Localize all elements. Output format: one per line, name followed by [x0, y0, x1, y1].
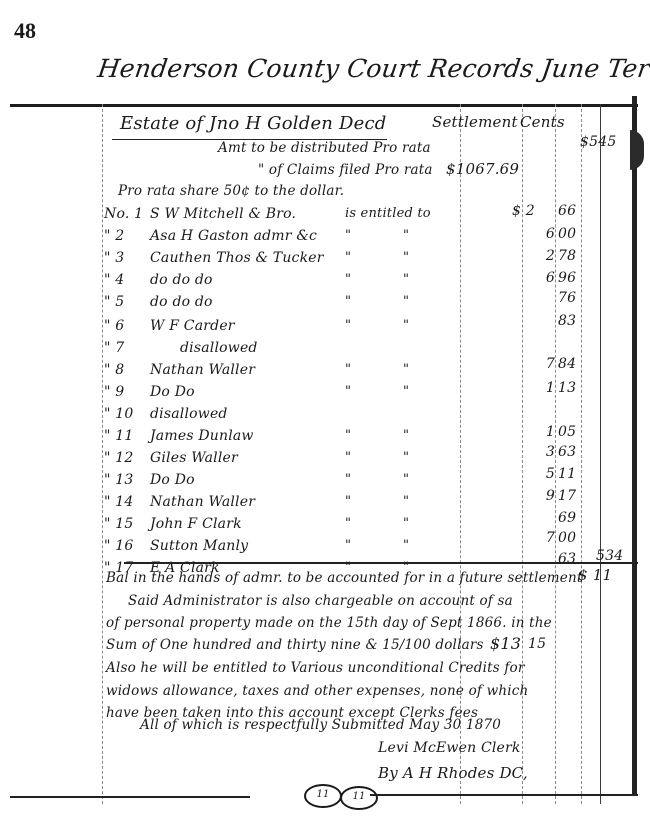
ditto-mark: " — [403, 384, 409, 399]
ditto-mark: " — [345, 428, 351, 443]
total-rule — [124, 562, 638, 564]
claimant-name: do do do — [150, 294, 213, 310]
claimant-name: Asa H Gaston admr &c — [150, 228, 317, 244]
amount-dollars: 5 — [535, 466, 555, 482]
amount-cents: 13 — [558, 380, 576, 396]
narrative-line-5: Also he will be entitled to Various unco… — [106, 660, 525, 676]
claim-number: " 7 — [104, 340, 124, 356]
right-margin-rule — [632, 96, 637, 796]
claimant-name: Do Do — [150, 472, 195, 488]
ditto-mark: " — [345, 250, 351, 265]
claimant-name: Cauthen Thos & Tucker — [150, 250, 324, 266]
claimant-name: Do Do — [150, 384, 195, 400]
claim-number: " 11 — [104, 428, 134, 444]
claim-number: " 10 — [104, 406, 134, 422]
ditto-mark: " — [403, 450, 409, 465]
claims-filed-total: $1067.69 — [446, 160, 519, 178]
amount-cents: 76 — [558, 290, 576, 306]
amount-cents: 00 — [558, 530, 576, 546]
claim-number: " 4 — [104, 272, 124, 288]
amount-cents: 63 — [558, 444, 576, 460]
amount-to-distribute: $545 — [580, 134, 616, 150]
claimant-name: do do do — [150, 272, 213, 288]
ditto-mark: " — [345, 362, 351, 377]
claimant-name: W F Carder — [150, 318, 235, 334]
claim-number: " 5 — [104, 294, 124, 310]
column-rule-settlement — [460, 104, 461, 804]
ditto-mark: " — [345, 472, 351, 487]
claim-number: No. 1 — [104, 206, 143, 222]
left-margin-rule — [102, 104, 103, 804]
claimant-name: James Dunlaw — [150, 428, 254, 444]
amount-dollars: $ 2 — [512, 203, 535, 219]
narrative-line-1: Bal in the hands of admr. to be accounte… — [106, 570, 582, 586]
ditto-mark: " — [345, 384, 351, 399]
entitled-label: is entitled to — [345, 206, 431, 221]
submission-line: All of which is respectfully Submitted M… — [140, 717, 501, 733]
amount-dollars: 2 — [535, 248, 555, 264]
amount-cents: 11 — [558, 466, 576, 482]
claimant-name: disallowed — [150, 406, 228, 422]
clerk-signature: Levi McEwen Clerk — [378, 740, 521, 756]
ditto-mark: " — [403, 516, 409, 531]
claim-number: " 16 — [104, 538, 134, 554]
amount-cents: 96 — [558, 270, 576, 286]
claim-number: " 8 — [104, 362, 124, 378]
top-rule — [10, 104, 638, 107]
ditto-mark: " — [345, 450, 351, 465]
claimant-name: disallowed — [180, 340, 258, 356]
ditto-mark: " — [345, 272, 351, 287]
ditto-mark: " — [345, 228, 351, 243]
ditto-mark: " — [345, 318, 351, 333]
ditto-mark: " — [403, 494, 409, 509]
ditto-mark: " — [403, 228, 409, 243]
sale-amount-cents: 15 — [528, 636, 546, 652]
amount-dollars: 7 — [535, 530, 555, 546]
end-flourish-left: 11 — [304, 784, 342, 808]
amount-dollars: 1 — [535, 380, 555, 396]
page-number: 48 — [14, 18, 36, 44]
claimant-name: S W Mitchell & Bro. — [150, 206, 296, 222]
claim-number: " 14 — [104, 494, 134, 510]
claim-number: " 3 — [104, 250, 124, 266]
amount-cents: 63 — [558, 551, 576, 567]
amount-dollars: 3 — [535, 444, 555, 460]
ditto-mark: " — [403, 318, 409, 333]
amount-cents: 05 — [558, 424, 576, 440]
ditto-mark: " — [345, 516, 351, 531]
intro-line-2: " of Claims filed Pro rata — [258, 162, 433, 178]
ditto-mark: " — [345, 538, 351, 553]
end-flourish-right: 11 — [340, 786, 378, 810]
intro-line-3: Pro rata share 50¢ to the dollar. — [118, 183, 344, 199]
amount-cents: 84 — [558, 356, 576, 372]
claim-number: " 13 — [104, 472, 134, 488]
column-rule-right — [600, 104, 601, 804]
ditto-mark: " — [403, 428, 409, 443]
ditto-mark: " — [403, 472, 409, 487]
amount-dollars: 6 — [535, 226, 555, 242]
amount-dollars: 1 — [535, 424, 555, 440]
column-rule-cents — [555, 104, 556, 804]
claim-number: " 12 — [104, 450, 134, 466]
claimant-name: John F Clark — [150, 516, 242, 532]
claim-number: " 9 — [104, 384, 124, 400]
amount-dollars: 6 — [535, 270, 555, 286]
narrative-line-3: of personal property made on the 15th da… — [106, 615, 552, 631]
closing-rule-left — [10, 796, 250, 798]
narrative-line-4: Sum of One hundred and thirty nine & 15/… — [106, 637, 484, 653]
narrative-line-6: widows allowance, taxes and other expens… — [106, 683, 528, 699]
ditto-mark: " — [403, 272, 409, 287]
claimant-name: Sutton Manly — [150, 538, 248, 554]
amount-cents: 83 — [558, 313, 576, 329]
amount-cents: 69 — [558, 510, 576, 526]
claim-number: " 15 — [104, 516, 134, 532]
claim-number: " 6 — [104, 318, 124, 334]
ditto-mark: " — [403, 538, 409, 553]
closing-rule-right — [370, 794, 638, 796]
narrative-line-2: Said Administrator is also chargeable on… — [128, 593, 513, 609]
balance-amount: $ 11 — [578, 566, 612, 584]
claimant-name: Nathan Waller — [150, 494, 255, 510]
amount-dollars: 9 — [535, 488, 555, 504]
binding-tab — [630, 130, 644, 170]
amount-cents: 17 — [558, 488, 576, 504]
intro-line-1: Amt to be distributed Pro rata — [218, 140, 431, 156]
amount-cents: 00 — [558, 226, 576, 242]
ditto-mark: " — [345, 494, 351, 509]
page-header: Henderson County Court Records June Term… — [96, 54, 650, 83]
ditto-mark: " — [403, 250, 409, 265]
estate-title: Estate of Jno H Golden Decd — [120, 113, 387, 134]
claimant-name: Giles Waller — [150, 450, 238, 466]
ditto-mark: " — [345, 294, 351, 309]
column-header-settlement: Settlement — [432, 113, 518, 131]
amount-cents: 78 — [558, 248, 576, 264]
claimant-name: Nathan Waller — [150, 362, 255, 378]
ditto-mark: " — [403, 294, 409, 309]
ditto-mark: " — [403, 362, 409, 377]
deputy-signature: By A H Rhodes DC, — [378, 764, 528, 782]
claim-number: " 2 — [104, 228, 124, 244]
amount-cents: 66 — [558, 203, 576, 219]
column-rule-total — [581, 104, 582, 804]
column-header-cents: Cents — [520, 113, 565, 131]
sale-amount-dollars: $13 — [490, 634, 521, 653]
amount-dollars: 7 — [535, 356, 555, 372]
